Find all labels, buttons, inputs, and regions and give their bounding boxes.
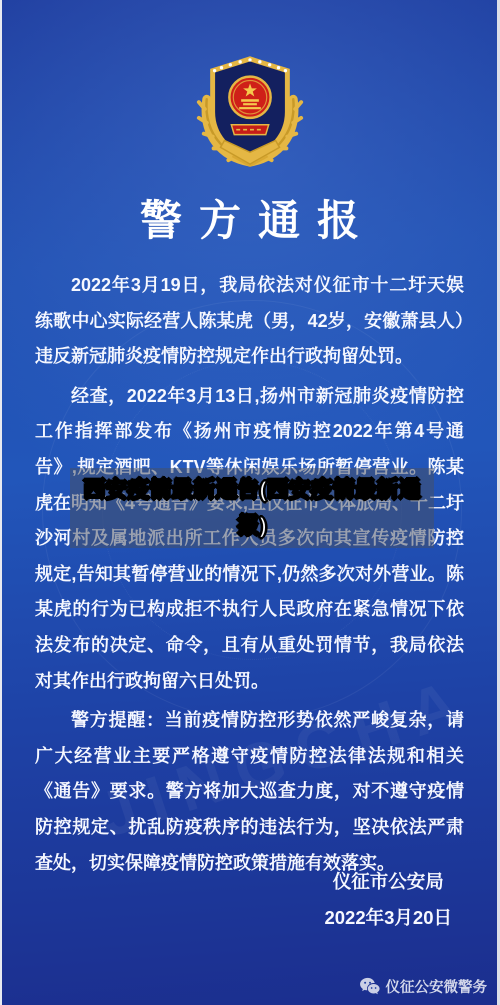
paragraph-penalty: 2022年3月19日，我局依法对仪征市十二圩天娱练歌中心实际经营人陈某虎（男，4… <box>35 268 464 375</box>
wechat-account-watermark: 仪征公安微警务 <box>359 976 488 997</box>
notice-body: 2022年3月19日，我局依法对仪征市十二圩天娱练歌中心实际经营人陈某虎（男，4… <box>35 268 464 881</box>
signature-block: 仪征市公安局 2022年3月20日 <box>324 864 452 936</box>
wechat-icon <box>359 977 381 996</box>
signature-org: 仪征市公安局 <box>324 864 452 900</box>
wechat-account-name: 仪征公安微警务 <box>386 976 488 997</box>
police-notice-poster: JINGCHA <box>0 0 500 1005</box>
notice-title: 警方通报 <box>2 188 497 248</box>
headline-overlay: 西安疫情最新通告(西安疫情最新通报) <box>70 468 434 548</box>
police-emblem-icon <box>191 50 309 177</box>
headline-text: 西安疫情最新通告(西安疫情最新通报) <box>75 472 429 544</box>
signature-date: 2022年3月20日 <box>324 900 452 936</box>
paragraph-police-reminder: 警方提醒：当前疫情防控形势依然严峻复杂，请广大经营业主要严格遵守疫情防控法律法规… <box>35 703 464 881</box>
